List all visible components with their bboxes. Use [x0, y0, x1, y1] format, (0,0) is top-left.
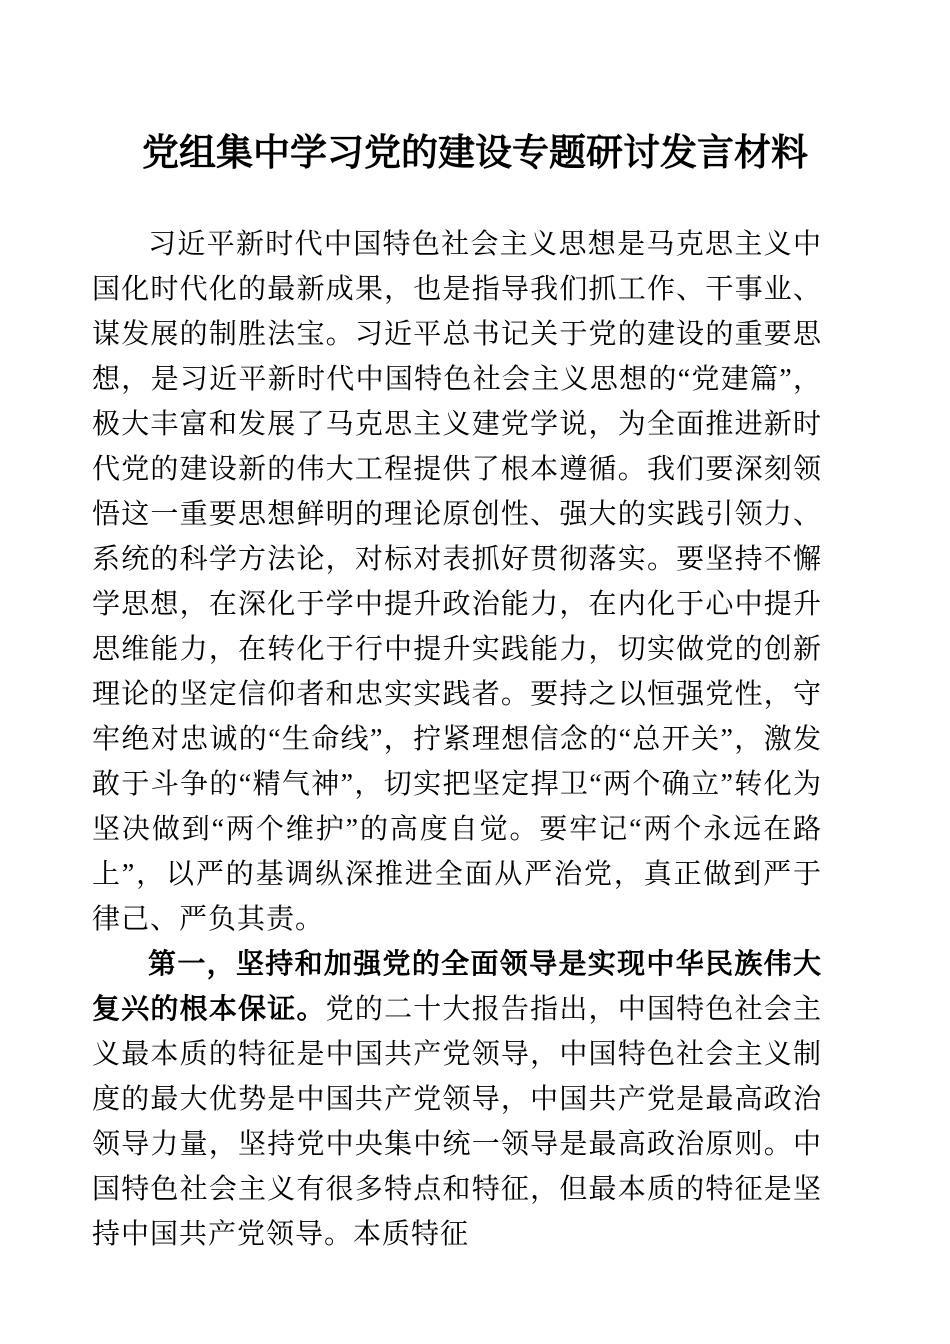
document-title: 党组集中学习党的建设专题研讨发言材料	[110, 128, 840, 180]
document-body: 习近平新时代中国特色社会主义思想是马克思主义中国化时代化的最新成果，也是指导我们…	[92, 222, 822, 1257]
document-page: 党组集中学习党的建设专题研讨发言材料 习近平新时代中国特色社会主义思想是马克思主…	[0, 0, 950, 1344]
paragraph-intro: 习近平新时代中国特色社会主义思想是马克思主义中国化时代化的最新成果，也是指导我们…	[92, 222, 822, 942]
paragraph-point-one: 第一，坚持和加强党的全面领导是实现中华民族伟大复兴的根本保证。党的二十大报告指出…	[92, 942, 822, 1257]
paragraph-point-one-text: 党的二十大报告指出，中国特色社会主义最本质的特征是中国共产党领导，中国特色社会主…	[92, 994, 822, 1250]
paragraph-intro-text: 习近平新时代中国特色社会主义思想是马克思主义中国化时代化的最新成果，也是指导我们…	[92, 229, 822, 935]
